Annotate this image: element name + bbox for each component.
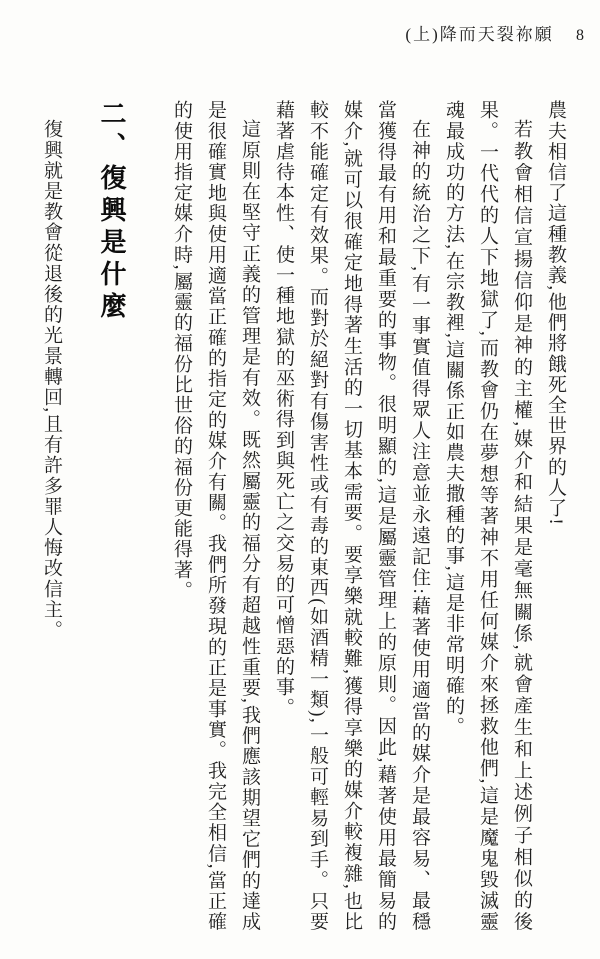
section-heading: 二、復興是什麼 xyxy=(90,100,134,932)
running-header: (上)降而天裂祢願 8 xyxy=(405,20,584,45)
page-number: 8 xyxy=(576,27,584,45)
paragraph: 這原則在堅守正義的管理是有效。既然屬靈的福分有超越性重要,我們應該期望它們的達成… xyxy=(164,100,266,932)
book-page: (上)降而天裂祢願 8 農夫相信了這種教義,他們將餓死全世界的人了! 若教會相信… xyxy=(0,0,600,959)
body-text: 農夫相信了這種教義,他們將餓死全世界的人了! 若教會相信宣揚信仰是神的主權,媒介… xyxy=(34,100,572,932)
paragraph: 復興就是教會從退後的光景轉回,且有許多罪人悔改信主。 xyxy=(34,100,68,932)
paragraph: 若教會相信宣揚信仰是神的主權,媒介和結果是毫無關係,就會產生和上述例子相似的後果… xyxy=(436,100,538,932)
paragraph-continuation: 農夫相信了這種教義,他們將餓死全世界的人了! xyxy=(538,100,572,932)
running-header-title: (上)降而天裂祢願 xyxy=(405,25,553,44)
paragraph: 在神的統治之下,有一事實值得眾人注意並永遠記住:藉著使用適當的媒介是最容易、最穩… xyxy=(266,100,436,932)
